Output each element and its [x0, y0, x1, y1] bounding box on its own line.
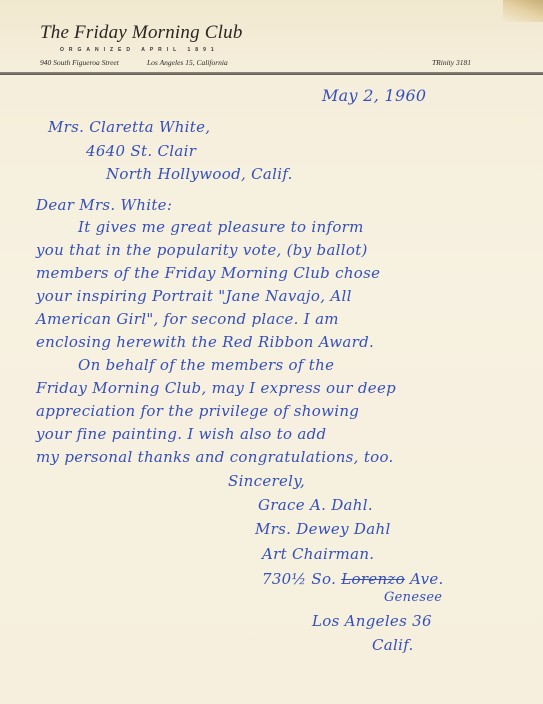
letter-date: May 2, 1960 [322, 86, 426, 105]
letterhead-phone: TRinity 3181 [432, 58, 471, 67]
signature-title: Art Chairman. [262, 545, 374, 563]
body-line: It gives me great pleasure to inform [78, 218, 364, 236]
body-line: your fine painting. I wish also to add [36, 425, 326, 443]
signature-formal-name: Mrs. Dewey Dahl [255, 520, 391, 538]
body-line: members of the Friday Morning Club chose [36, 264, 380, 282]
letterhead-city: Los Angeles 15, California [147, 58, 228, 67]
recipient-name: Mrs. Claretta White, [48, 118, 210, 136]
body-line: your inspiring Portrait "Jane Navajo, Al… [36, 287, 352, 305]
body-line: American Girl", for second place. I am [36, 310, 339, 328]
signature-state: Calif. [372, 636, 414, 654]
address-correction: Genesee [384, 590, 442, 605]
paper-corner-fold [503, 0, 543, 22]
address-suffix: Ave. [410, 570, 444, 588]
letterhead-rule [0, 72, 543, 75]
signature-name: Grace A. Dahl. [258, 496, 373, 514]
letterhead-organized: ORGANIZED APRIL 1891 [60, 47, 219, 53]
letterhead-title: The Friday Morning Club [40, 22, 243, 44]
letterhead-street: 940 South Figueroa Street [40, 58, 119, 67]
address-struck: Lorenzo [341, 570, 405, 588]
signature-city: Los Angeles 36 [312, 612, 432, 630]
body-line: enclosing herewith the Red Ribbon Award. [36, 333, 374, 351]
salutation: Dear Mrs. White: [36, 196, 172, 214]
body-line: you that in the popularity vote, (by bal… [36, 241, 368, 259]
closing: Sincerely, [228, 472, 305, 490]
letter-page: The Friday Morning Club ORGANIZED APRIL … [0, 0, 543, 704]
address-number: 730½ So. [262, 570, 336, 588]
body-line: On behalf of the members of the [78, 356, 334, 374]
signature-address-line: 730½ So. Lorenzo Ave. [262, 570, 444, 588]
body-line: Friday Morning Club, may I express our d… [36, 379, 396, 397]
body-line: my personal thanks and congratulations, … [36, 448, 394, 466]
recipient-street: 4640 St. Clair [86, 142, 196, 160]
recipient-city: North Hollywood, Calif. [106, 165, 293, 183]
body-line: appreciation for the privilege of showin… [36, 402, 359, 420]
